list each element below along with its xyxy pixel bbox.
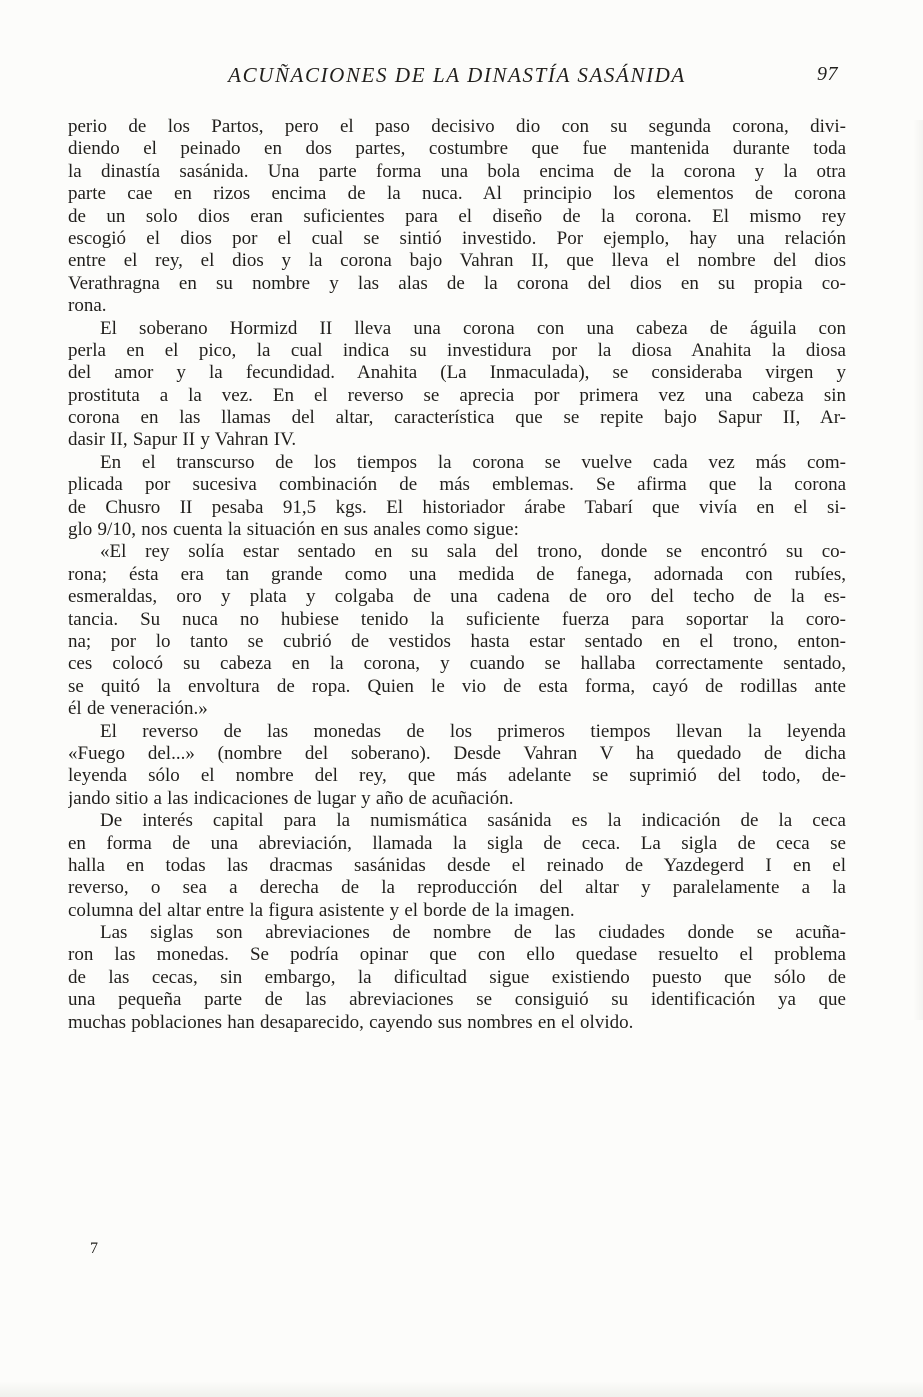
- text-line: «Fuego del...» (nombre del soberano). De…: [68, 743, 846, 765]
- text-line: tancia. Su nuca no hubiese tenido la suf…: [68, 609, 846, 631]
- text-line: En el transcurso de los tiempos la coron…: [68, 452, 846, 474]
- text-line: reverso, o sea a derecha de la reproducc…: [68, 877, 846, 899]
- text-line: se quitó la envoltura de ropa. Quien le …: [68, 676, 846, 698]
- text-line: halla en todas las dracmas sasánidas des…: [68, 855, 846, 877]
- text-line: diendo el peinado en dos partes, costumb…: [68, 138, 846, 160]
- text-line: él de veneración.»: [68, 698, 846, 720]
- text-line: jando sitio a las indicaciones de lugar …: [68, 788, 846, 810]
- text-line: «El rey solía estar sentado en su sala d…: [68, 541, 846, 563]
- body-text: perio de los Partos, pero el paso decisi…: [68, 116, 846, 1034]
- text-line: esmeraldas, oro y plata y colgaba de una…: [68, 586, 846, 608]
- text-line: leyenda sólo el nombre del rey, que más …: [68, 765, 846, 787]
- text-line: escogió el dios por el cual se sintió in…: [68, 228, 846, 250]
- paragraph: De interés capital para la numismática s…: [68, 810, 846, 922]
- text-line: ces colocó su cabeza en la corona, y cua…: [68, 653, 846, 675]
- scan-artifact-bottom: [0, 1381, 923, 1397]
- text-line: la dinastía sasánida. Una parte forma un…: [68, 161, 846, 183]
- text-line: perio de los Partos, pero el paso decisi…: [68, 116, 846, 138]
- text-line: perla en el pico, la cual indica su inve…: [68, 340, 846, 362]
- text-line: rona.: [68, 295, 846, 317]
- text-line: una pequeña parte de las abreviaciones s…: [68, 989, 846, 1011]
- text-line: de Chusro II pesaba 91,5 kgs. El histori…: [68, 497, 846, 519]
- text-line: del amor y la fecundidad. Anahita (La In…: [68, 362, 846, 384]
- text-line: Verathragna en su nombre y las alas de l…: [68, 273, 846, 295]
- text-line: dasir II, Sapur II y Vahran IV.: [68, 429, 846, 451]
- text-line: de las cecas, sin embargo, la dificultad…: [68, 967, 846, 989]
- text-line: ron las monedas. Se podría opinar que co…: [68, 944, 846, 966]
- paragraph: «El rey solía estar sentado en su sala d…: [68, 541, 846, 720]
- text-line: na; por lo tanto se cubrió de vestidos h…: [68, 631, 846, 653]
- text-line: El reverso de las monedas de los primero…: [68, 721, 846, 743]
- text-line: prostituta a la vez. En el reverso se ap…: [68, 385, 846, 407]
- text-line: plicada por sucesiva combinación de más …: [68, 474, 846, 496]
- text-line: en forma de una abreviación, llamada la …: [68, 833, 846, 855]
- scan-artifact-right: [913, 120, 923, 1020]
- text-line: rona; ésta era tan grande como una medid…: [68, 564, 846, 586]
- text-line: Las siglas son abreviaciones de nombre d…: [68, 922, 846, 944]
- text-line: muchas poblaciones han desaparecido, cay…: [68, 1012, 846, 1034]
- text-line: glo 9/10, nos cuenta la situación en sus…: [68, 519, 846, 541]
- running-header: ACUÑACIONES DE LA DINASTÍA SASÁNIDA 97: [68, 63, 846, 91]
- paragraph: Las siglas son abreviaciones de nombre d…: [68, 922, 846, 1034]
- signature-mark: 7: [90, 1240, 98, 1258]
- text-line: corona en las llamas del altar, caracter…: [68, 407, 846, 429]
- page-title: ACUÑACIONES DE LA DINASTÍA SASÁNIDA: [68, 63, 846, 88]
- paragraph: El soberano Hormizd II lleva una corona …: [68, 318, 846, 452]
- page-number: 97: [817, 63, 838, 86]
- text-line: entre el rey, el dios y la corona bajo V…: [68, 250, 846, 272]
- text-line: columna del altar entre la figura asiste…: [68, 900, 846, 922]
- paragraph: perio de los Partos, pero el paso decisi…: [68, 116, 846, 318]
- text-line: de un solo dios eran suficientes para el…: [68, 206, 846, 228]
- paragraph: El reverso de las monedas de los primero…: [68, 721, 846, 811]
- paragraph: En el transcurso de los tiempos la coron…: [68, 452, 846, 542]
- text-line: El soberano Hormizd II lleva una corona …: [68, 318, 846, 340]
- scanned-book-page: ACUÑACIONES DE LA DINASTÍA SASÁNIDA 97 p…: [0, 0, 923, 1397]
- text-line: parte cae en rizos encima de la nuca. Al…: [68, 183, 846, 205]
- text-line: De interés capital para la numismática s…: [68, 810, 846, 832]
